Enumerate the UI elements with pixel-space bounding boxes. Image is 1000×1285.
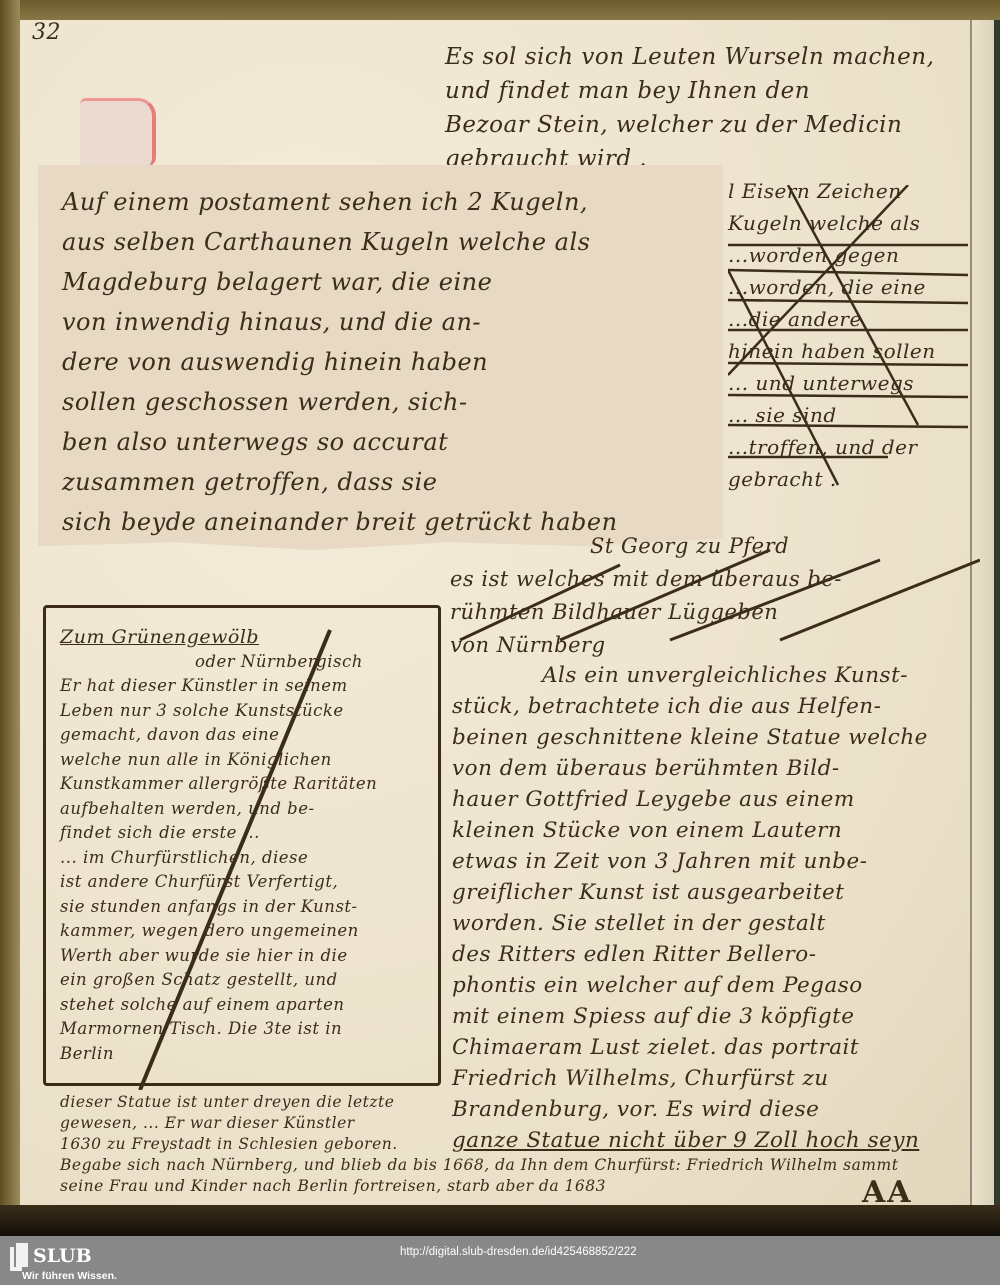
text-line: aus selben Carthaunen Kugeln welche als — [62, 222, 618, 262]
text-line: hauer Gottfried Leygebe aus einem — [452, 784, 928, 815]
text-line: Als ein unvergleichliches Kunst- — [452, 660, 928, 691]
boxed-note-cross-out — [120, 620, 400, 1090]
text-line: sollen geschossen werden, sich- — [62, 382, 618, 422]
text-line: des Ritters edlen Ritter Bellero- — [452, 939, 928, 970]
text-line: mit einem Spiess auf die 3 köpfigte — [452, 1001, 928, 1032]
text-line: Auf einem postament sehen ich 2 Kugeln, — [62, 182, 618, 222]
signature-mark: AA — [862, 1175, 913, 1210]
text-line: gewesen, ... Er war dieser Künstler — [60, 1113, 898, 1134]
book-icon — [10, 1243, 26, 1271]
text-line: Friedrich Wilhelms, Churfürst zu — [452, 1063, 928, 1094]
book-binding-left — [0, 0, 20, 1236]
manuscript-scan: 32 Es sol sich von Leuten Wurseln machen… — [0, 0, 1000, 1236]
page-bottom-shadow — [0, 1205, 1000, 1236]
permalink-url[interactable]: http://digital.slub-dresden.de/id4254688… — [400, 1246, 637, 1258]
text-line: Chimaeram Lust zielet. das portrait — [452, 1032, 928, 1063]
text-line: und findet man bey Ihnen den — [445, 74, 934, 108]
slub-logo[interactable]: SLUB — [10, 1241, 92, 1271]
text-line: dieser Statue ist unter dreyen die letzt… — [60, 1092, 898, 1113]
text-line: 1630 zu Freystadt in Schlesien geboren. — [60, 1134, 898, 1155]
text-line: beinen geschnittene kleine Statue welche — [452, 722, 928, 753]
text-line: von inwendig hinaus, und die an- — [62, 302, 618, 342]
text-line: zusammen getroffen, dass sie — [62, 462, 618, 502]
text-line: stück, betrachtete ich die aus Helfen- — [452, 691, 928, 722]
text-line: dere von auswendig hinein haben — [62, 342, 618, 382]
text-line: von dem überaus berühmten Bild- — [452, 753, 928, 784]
top-right-paragraph: Es sol sich von Leuten Wurseln machen, u… — [445, 40, 934, 176]
diagonal-cross-out-strokes — [440, 540, 980, 650]
page-number: 32 — [32, 20, 61, 45]
book-binding-top — [0, 0, 1000, 22]
text-line: etwas in Zeit von 3 Jahren mit unbe- — [452, 846, 928, 877]
viewer-footer — [0, 1236, 1000, 1285]
text-line: ben also unterwegs so accurat — [62, 422, 618, 462]
text-line: Es sol sich von Leuten Wurseln machen, — [445, 40, 934, 74]
text-line: seine Frau und Kinder nach Berlin fortre… — [60, 1176, 898, 1197]
slub-tagline: Wir führen Wissen. — [22, 1270, 117, 1282]
text-line: Bezoar Stein, welcher zu der Medicin — [445, 108, 934, 142]
text-line: phontis ein welcher auf dem Pegaso — [452, 970, 928, 1001]
cross-out-strokes — [728, 185, 968, 495]
text-line: Begabe sich nach Nürnberg, und blieb da … — [60, 1155, 898, 1176]
pasted-slip-text: Auf einem postament sehen ich 2 Kugeln, … — [62, 182, 618, 542]
text-line: Magdeburg belagert war, die eine — [62, 262, 618, 302]
red-wax-stain — [80, 98, 156, 167]
bottom-note: dieser Statue ist unter dreyen die letzt… — [60, 1092, 898, 1197]
binding-edge — [994, 20, 1000, 1220]
text-line: worden. Sie stellet in der gestalt — [452, 908, 928, 939]
slub-logo-text: SLUB — [33, 1245, 92, 1267]
main-right-paragraph: Als ein unvergleichliches Kunst- stück, … — [452, 660, 928, 1156]
text-line: kleinen Stücke von einem Lautern — [452, 815, 928, 846]
text-line: greiflicher Kunst ist ausgearbeitet — [452, 877, 928, 908]
